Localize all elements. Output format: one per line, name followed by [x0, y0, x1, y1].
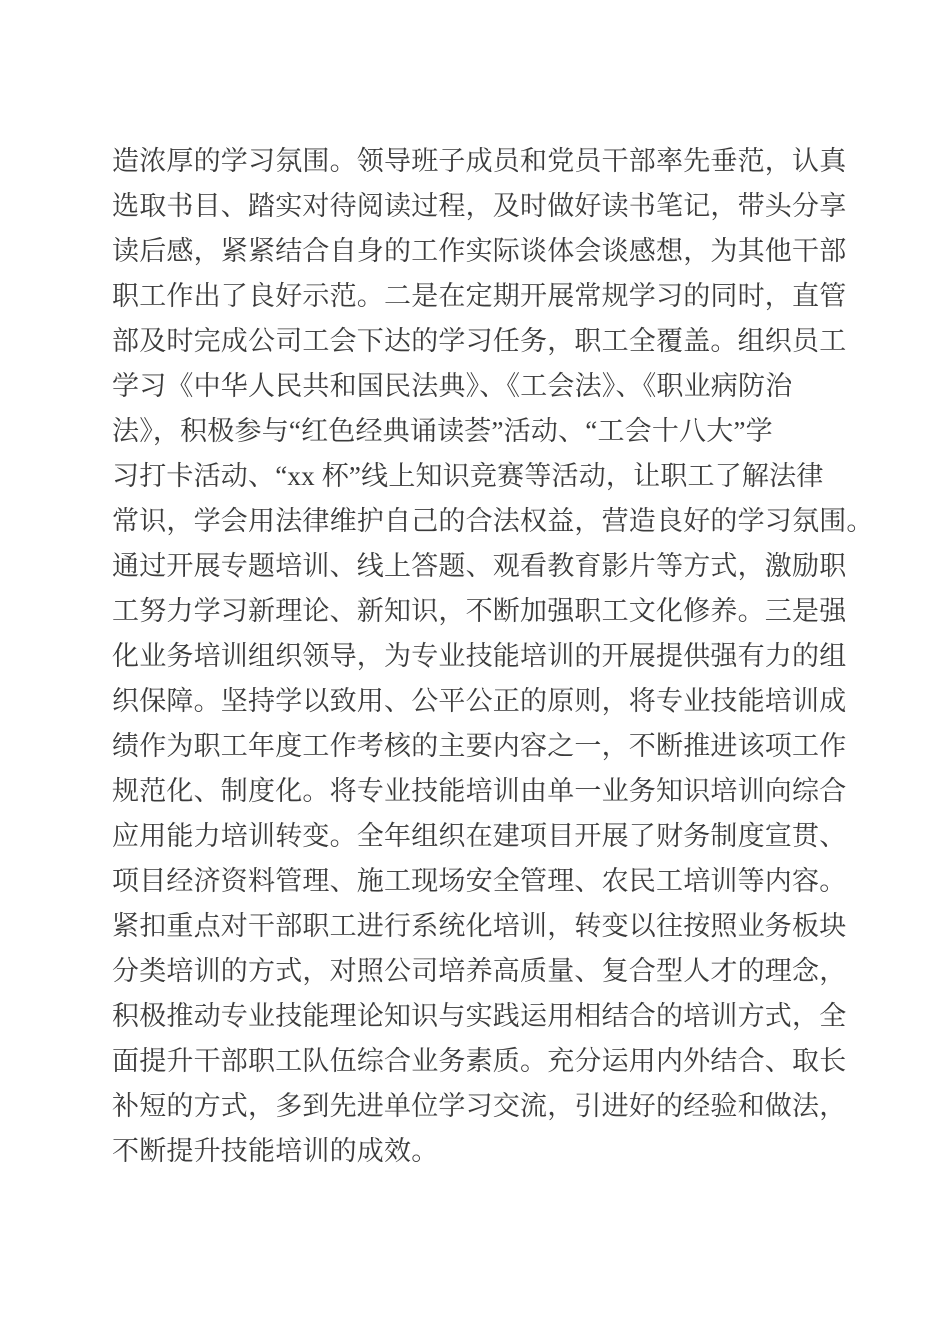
text-line: 补短的方式，多到先进单位学习交流，引进好的经验和做法， — [112, 1084, 852, 1129]
text-line: 面提升干部职工队伍综合业务素质。充分运用内外结合、取长 — [112, 1039, 852, 1084]
text-line: 造浓厚的学习氛围。领导班子成员和党员干部率先垂范，认真 — [112, 139, 852, 184]
paragraph-text-block: 造浓厚的学习氛围。领导班子成员和党员干部率先垂范，认真选取书目、踏实对待阅读过程… — [112, 139, 852, 1174]
text-line: 习打卡活动、“xx 杯”线上知识竞赛等活动，让职工了解法律 — [112, 454, 852, 499]
text-line: 职工作出了良好示范。二是在定期开展常规学习的同时，直管 — [112, 274, 852, 319]
text-line: 常识，学会用法律维护自己的合法权益，营造良好的学习氛围。 — [112, 499, 852, 544]
text-line: 部及时完成公司工会下达的学习任务，职工全覆盖。组织员工 — [112, 319, 852, 364]
document-page: 造浓厚的学习氛围。领导班子成员和党员干部率先垂范，认真选取书目、踏实对待阅读过程… — [0, 0, 950, 1344]
text-line: 织保障。坚持学以致用、公平公正的原则，将专业技能培训成 — [112, 679, 852, 724]
text-line: 通过开展专题培训、线上答题、观看教育影片等方式，激励职 — [112, 544, 852, 589]
text-line: 化业务培训组织领导，为专业技能培训的开展提供强有力的组 — [112, 634, 852, 679]
text-line: 选取书目、踏实对待阅读过程，及时做好读书笔记，带头分享 — [112, 184, 852, 229]
text-line: 项目经济资料管理、施工现场安全管理、农民工培训等内容。 — [112, 859, 852, 904]
text-line: 法》，积极参与“红色经典诵读荟”活动、“工会十八大”学 — [112, 409, 852, 454]
text-line: 读后感，紧紧结合自身的工作实际谈体会谈感想，为其他干部 — [112, 229, 852, 274]
text-line: 规范化、制度化。将专业技能培训由单一业务知识培训向综合 — [112, 769, 852, 814]
text-line: 不断提升技能培训的成效。 — [112, 1129, 852, 1174]
text-line: 绩作为职工年度工作考核的主要内容之一，不断推进该项工作 — [112, 724, 852, 769]
text-line: 学习《中华人民共和国民法典》、《工会法》、《职业病防治 — [112, 364, 852, 409]
text-line: 工努力学习新理论、新知识，不断加强职工文化修养。三是强 — [112, 589, 852, 634]
text-line: 分类培训的方式，对照公司培养高质量、复合型人才的理念， — [112, 949, 852, 994]
text-line: 积极推动专业技能理论知识与实践运用相结合的培训方式，全 — [112, 994, 852, 1039]
text-line: 紧扣重点对干部职工进行系统化培训，转变以往按照业务板块 — [112, 904, 852, 949]
text-line: 应用能力培训转变。全年组织在建项目开展了财务制度宣贯、 — [112, 814, 852, 859]
